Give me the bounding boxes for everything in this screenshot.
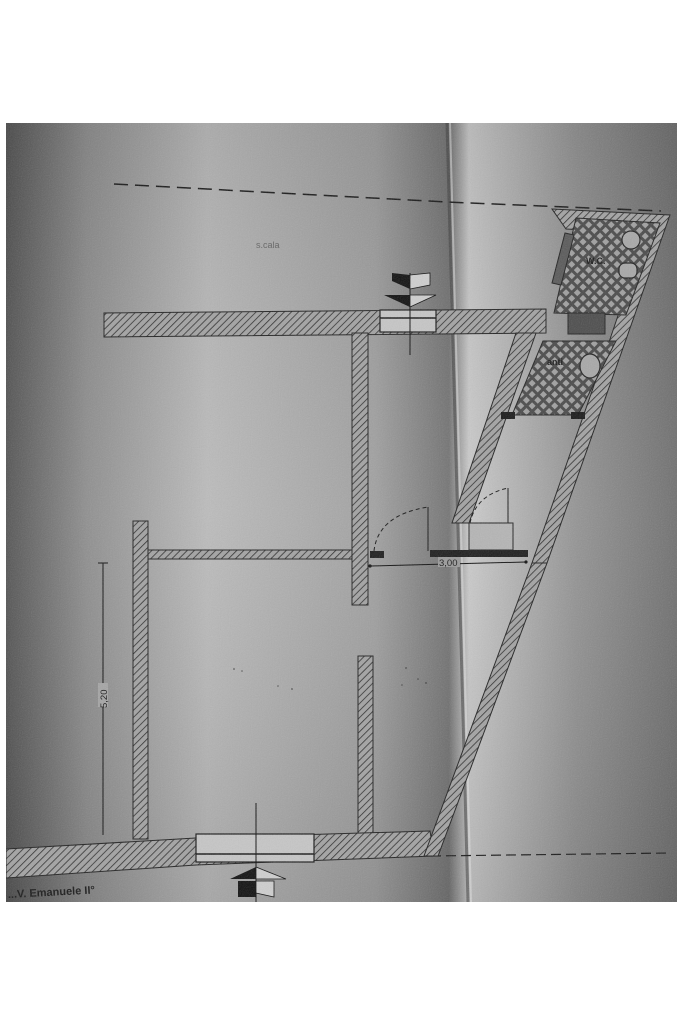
floor-plan-sheet: s.cala W.C. bbox=[6, 123, 677, 902]
floor-plan-drawing: s.cala W.C. bbox=[6, 123, 677, 902]
